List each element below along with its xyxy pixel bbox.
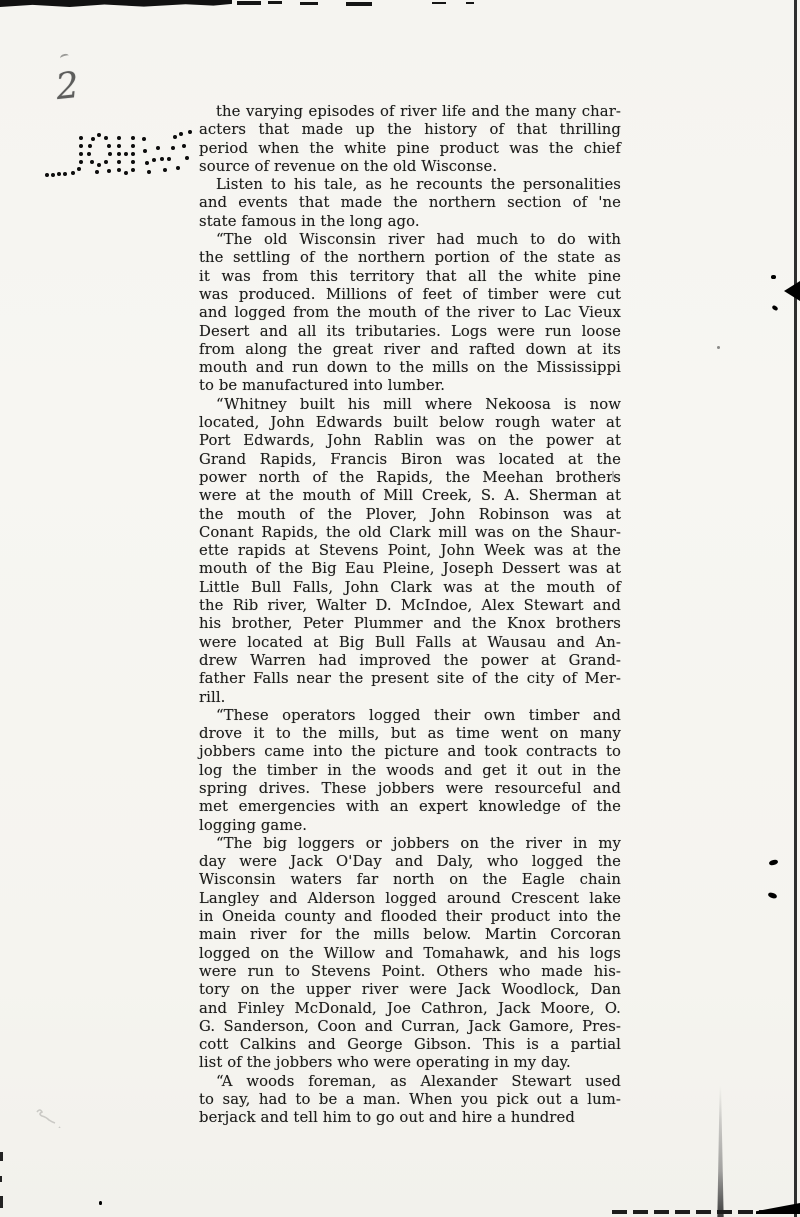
handwritten-page-number: 2 <box>54 65 81 108</box>
text-line: G. Sanderson, Coon and Curran, Jack Gamo… <box>199 1018 621 1036</box>
text-line: in Oneida county and flooded their produ… <box>199 908 621 926</box>
text-line: acters that made up the history of that … <box>199 121 621 139</box>
text-line: met emergencies with an expert knowledge… <box>199 798 621 816</box>
pencil-scribble <box>34 1106 64 1128</box>
text-line: mouth of the Big Eau Pleine, Joseph Dess… <box>199 560 621 578</box>
scan-artifact-fold-streak <box>717 1086 724 1217</box>
text-line: father Falls near the present site of th… <box>199 670 621 688</box>
ink-speck <box>717 346 720 349</box>
stamp-dot <box>117 144 121 148</box>
stamp-dot <box>97 133 101 137</box>
text-line: berjack and tell him to go out and hire … <box>199 1109 621 1127</box>
text-line: Desert and all its tributaries. Logs wer… <box>199 323 621 341</box>
scan-artifact-tick <box>612 471 614 481</box>
stamp-dot <box>147 170 151 174</box>
text-line: state famous in the long ago. <box>199 213 621 231</box>
stamp-dot <box>117 152 121 156</box>
stamp-dot <box>131 160 135 164</box>
text-line: Listen to his tale, as he recounts the p… <box>199 176 621 194</box>
stamp-dot <box>131 168 135 172</box>
stamp-dot <box>95 170 99 174</box>
stamp-dot <box>79 160 83 164</box>
scan-artifact-dash <box>432 2 446 4</box>
stamp-dot <box>79 152 83 156</box>
stamp-dot <box>160 157 164 161</box>
stamp-dot <box>124 152 128 156</box>
text-line: were run to Stevens Point. Others who ma… <box>199 963 621 981</box>
stamp-dot <box>57 172 61 176</box>
text-line: Grand Rapids, Francis Biron was located … <box>199 451 621 469</box>
scan-artifact-left-edge <box>0 1176 2 1182</box>
scan-artifact-dash <box>346 2 372 6</box>
text-line: “A woods foreman, as Alexander Stewart u… <box>199 1073 621 1091</box>
text-line: “Whitney built his mill where Nekoosa is… <box>199 396 621 414</box>
ink-speck <box>769 859 779 866</box>
stamp-dot <box>171 146 175 150</box>
ink-speck <box>771 275 776 279</box>
stamp-dot <box>77 167 81 171</box>
text-line: power north of the Rapids, the Meehan br… <box>199 469 621 487</box>
stamp-dot <box>117 136 121 140</box>
text-line: located, John Edwards built below rough … <box>199 414 621 432</box>
text-line: list of the jobbers who were operating i… <box>199 1054 621 1072</box>
stamp-dot <box>79 144 83 148</box>
stamp-dot <box>87 152 91 156</box>
text-line: were located at Big Bull Falls at Wausau… <box>199 634 621 652</box>
stamp-dot <box>131 152 135 156</box>
text-line: drove it to the mills, but as time went … <box>199 725 621 743</box>
article-text: the varying episodes of river life and t… <box>199 103 621 1128</box>
stamp-dot <box>90 160 94 164</box>
stamp-dot <box>143 149 147 153</box>
stamp-dot <box>108 152 112 156</box>
scan-artifact-right-edge-line <box>794 0 797 1217</box>
scan-artifact-dash <box>237 1 261 5</box>
stamp-dot <box>91 137 95 141</box>
stamp-dot <box>188 130 192 134</box>
pencil-tick-mark <box>59 53 69 61</box>
scan-artifact-left-edge <box>0 1196 3 1208</box>
text-line: rill. <box>199 689 621 707</box>
text-line: ette rapids at Stevens Point, John Week … <box>199 542 621 560</box>
text-line: the varying episodes of river life and t… <box>199 103 621 121</box>
stamp-dot <box>117 160 121 164</box>
text-line: logged on the Willow and Tomahawk, and h… <box>199 945 621 963</box>
stamp-dot <box>185 156 189 160</box>
text-line: log the timber in the woods and get it o… <box>199 762 621 780</box>
text-line: jobbers came into the picture and took c… <box>199 743 621 761</box>
text-line: the Rib river, Walter D. McIndoe, Alex S… <box>199 597 621 615</box>
stamp-dot <box>131 144 135 148</box>
stamp-dot <box>156 146 160 150</box>
text-line: from along the great river and rafted do… <box>199 341 621 359</box>
stamp-dot <box>107 144 111 148</box>
stamp-dot <box>173 135 177 139</box>
text-line: main river for the mills below. Martin C… <box>199 926 621 944</box>
text-line: Little Bull Falls, John Clark was at the… <box>199 579 621 597</box>
stamp-dot <box>145 161 149 165</box>
text-line: and Finley McDonald, Joe Cathron, Jack M… <box>199 1000 621 1018</box>
stamp-dot <box>79 136 83 140</box>
scan-artifact-dash <box>466 2 474 4</box>
scan-artifact-wedge <box>784 281 800 301</box>
stamp-dot <box>167 157 171 161</box>
stamp-dot <box>182 144 186 148</box>
text-line: was produced. Millions of feet of timber… <box>199 286 621 304</box>
text-line: the settling of the northern portion of … <box>199 249 621 267</box>
text-line: Wisconsin waters far north on the Eagle … <box>199 871 621 889</box>
stamp-dot <box>117 168 121 172</box>
stamp-dot <box>176 166 180 170</box>
stamp-dot <box>97 163 101 167</box>
text-line: Port Edwards, John Rablin was on the pow… <box>199 432 621 450</box>
stamp-dot <box>107 169 111 173</box>
text-line: Conant Rapids, the old Clark mill was on… <box>199 524 621 542</box>
stamp-dot <box>51 173 55 177</box>
scan-artifact-bottom-corner <box>756 1203 800 1214</box>
text-line: his brother, Peter Plummer and the Knox … <box>199 615 621 633</box>
text-line: period when the white pine product was t… <box>199 140 621 158</box>
text-line: were at the mouth of Mill Creek, S. A. S… <box>199 487 621 505</box>
text-line: the mouth of the Plover, John Robinson w… <box>199 506 621 524</box>
scan-artifact-left-edge <box>0 1152 3 1161</box>
text-line: “The big loggers or jobbers on the river… <box>199 835 621 853</box>
text-line: and logged from the mouth of the river t… <box>199 304 621 322</box>
stamp-dot <box>163 168 167 172</box>
text-line: day were Jack O'Day and Daly, who logged… <box>199 853 621 871</box>
stamp-dot <box>104 136 108 140</box>
scanned-newspaper-page: 2 the varying episodes of river life and… <box>0 0 800 1217</box>
scan-artifact-dash <box>300 2 318 5</box>
text-line: “The old Wisconsin river had much to do … <box>199 231 621 249</box>
stamp-dot <box>63 172 67 176</box>
stamp-dot <box>131 136 135 140</box>
text-line: “These operators logged their own timber… <box>199 707 621 725</box>
ink-speck <box>99 1201 102 1205</box>
stamp-dot <box>45 173 49 177</box>
scan-artifact-top-edge-bar <box>0 0 232 7</box>
text-line: cott Calkins and George Gibson. This is … <box>199 1036 621 1054</box>
stamp-dot <box>142 137 146 141</box>
text-line: Langley and Alderson logged around Cresc… <box>199 890 621 908</box>
text-line: and events that made the northern sectio… <box>199 194 621 212</box>
text-line: drew Warren had improved the power at Gr… <box>199 652 621 670</box>
text-line: to be manufactured into lumber. <box>199 377 621 395</box>
text-line: it was from this territory that all the … <box>199 268 621 286</box>
stamp-dot <box>88 144 92 148</box>
text-line: logging game. <box>199 817 621 835</box>
text-line: source of revenue on the old Wisconse. <box>199 158 621 176</box>
stamp-dot <box>152 158 156 162</box>
text-line: spring drives. These jobbers were resour… <box>199 780 621 798</box>
stamp-dot <box>104 160 108 164</box>
text-line: mouth and run down to the mills on the M… <box>199 359 621 377</box>
text-line: tory on the upper river were Jack Woodlo… <box>199 981 621 999</box>
ink-speck <box>767 892 777 900</box>
stamp-dot <box>179 132 183 136</box>
ink-speck <box>771 305 778 312</box>
stamp-dot <box>124 171 128 175</box>
text-line: to say, had to be a man. When you pick o… <box>199 1091 621 1109</box>
scan-artifact-dash <box>268 1 282 4</box>
stamp-dot <box>71 171 75 175</box>
